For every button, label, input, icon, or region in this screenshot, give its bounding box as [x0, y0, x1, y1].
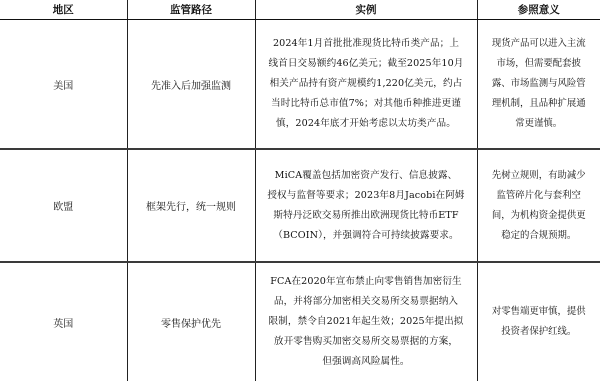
example-line: 慎，2024年底才开始考虑以太坊类产品。 — [262, 114, 471, 134]
meaning-line: 稳定的合规预期。 — [483, 226, 596, 246]
header-row: 地区 监管路径 实例 参照意义 — [0, 0, 600, 20]
region-cell: 美国 — [0, 20, 127, 150]
regulation-comparison-table: 地区 监管路径 实例 参照意义 美国 先准入后加强监测 2024年1月首批批准现… — [0, 0, 600, 381]
meaning-line: 市场，但需要配套披 — [483, 54, 596, 74]
header-region: 地区 — [0, 0, 127, 20]
example-line: 但强调高风险属性。 — [262, 352, 471, 372]
meaning-line: 现货产品可以进入主流 — [483, 34, 596, 54]
meaning-line: 先树立规则，有助减少 — [483, 166, 596, 186]
example-line: 放开零售购买加密交易所交易票据的方案， — [262, 332, 471, 352]
example-line: 斯特丹泛欧交易所推出欧洲现货比特币ETF — [262, 206, 471, 226]
meaning-cell: 现货产品可以进入主流 市场，但需要配套披 露、市场监测与风险管 理机制，且品种扩… — [477, 20, 600, 150]
path-cell: 框架先行，统一规则 — [127, 149, 255, 262]
meaning-line: 常更谨慎。 — [483, 114, 596, 134]
meaning-cell: 对零售端更审慎，提供 投资者保护红线。 — [477, 262, 600, 381]
example-line: MiCA覆盖包括加密资产发行、信息披露、 — [262, 166, 471, 186]
header-path: 监管路径 — [127, 0, 255, 20]
example-cell: MiCA覆盖包括加密资产发行、信息披露、 授权与监督等要求；2023年8月Jac… — [255, 149, 477, 262]
example-line: 当时比特币总市值7%；对其他币种推进更谨 — [262, 94, 471, 114]
region-cell: 英国 — [0, 262, 127, 381]
meaning-cell: 先树立规则，有助减少 监管碎片化与套利空 间，为机构资金提供更 稳定的合规预期。 — [477, 149, 600, 262]
region-cell: 欧盟 — [0, 149, 127, 262]
example-cell: FCA在2020年宣布禁止向零售销售加密衍生 品，并将部分加密相关交易所交易票据… — [255, 262, 477, 381]
example-line: 品，并将部分加密相关交易所交易票据纳入 — [262, 292, 471, 312]
meaning-line: 露、市场监测与风险管 — [483, 74, 596, 94]
table-row-eu: 欧盟 框架先行，统一规则 MiCA覆盖包括加密资产发行、信息披露、 授权与监督等… — [0, 149, 600, 262]
meaning-line: 理机制，且品种扩展通 — [483, 94, 596, 114]
example-line: 授权与监督等要求；2023年8月Jacobi在阿姆 — [262, 186, 471, 206]
example-line: FCA在2020年宣布禁止向零售销售加密衍生 — [262, 272, 471, 292]
example-line: 2024年1月首批批准现货比特币类产品；上 — [262, 34, 471, 54]
example-cell: 2024年1月首批批准现货比特币类产品；上 线首日交易额约46亿美元；截至202… — [255, 20, 477, 150]
header-example: 实例 — [255, 0, 477, 20]
example-line: 线首日交易额约46亿美元；截至2025年10月 — [262, 54, 471, 74]
meaning-line: 间，为机构资金提供更 — [483, 206, 596, 226]
table-row-us: 美国 先准入后加强监测 2024年1月首批批准现货比特币类产品；上 线首日交易额… — [0, 20, 600, 150]
path-cell: 先准入后加强监测 — [127, 20, 255, 150]
example-line: 限制，禁令自2021年起生效；2025年提出拟 — [262, 312, 471, 332]
meaning-line: 投资者保护红线。 — [483, 322, 596, 342]
meaning-line: 监管碎片化与套利空 — [483, 186, 596, 206]
example-line: （BCOIN），并强调符合可持续披露要求。 — [262, 226, 471, 246]
meaning-line: 对零售端更审慎，提供 — [483, 302, 596, 322]
header-meaning: 参照意义 — [477, 0, 600, 20]
example-line: 相关产品持有资产规模约1,220亿美元，约占 — [262, 74, 471, 94]
table-row-uk: 英国 零售保护优先 FCA在2020年宣布禁止向零售销售加密衍生 品，并将部分加… — [0, 262, 600, 381]
path-cell: 零售保护优先 — [127, 262, 255, 381]
